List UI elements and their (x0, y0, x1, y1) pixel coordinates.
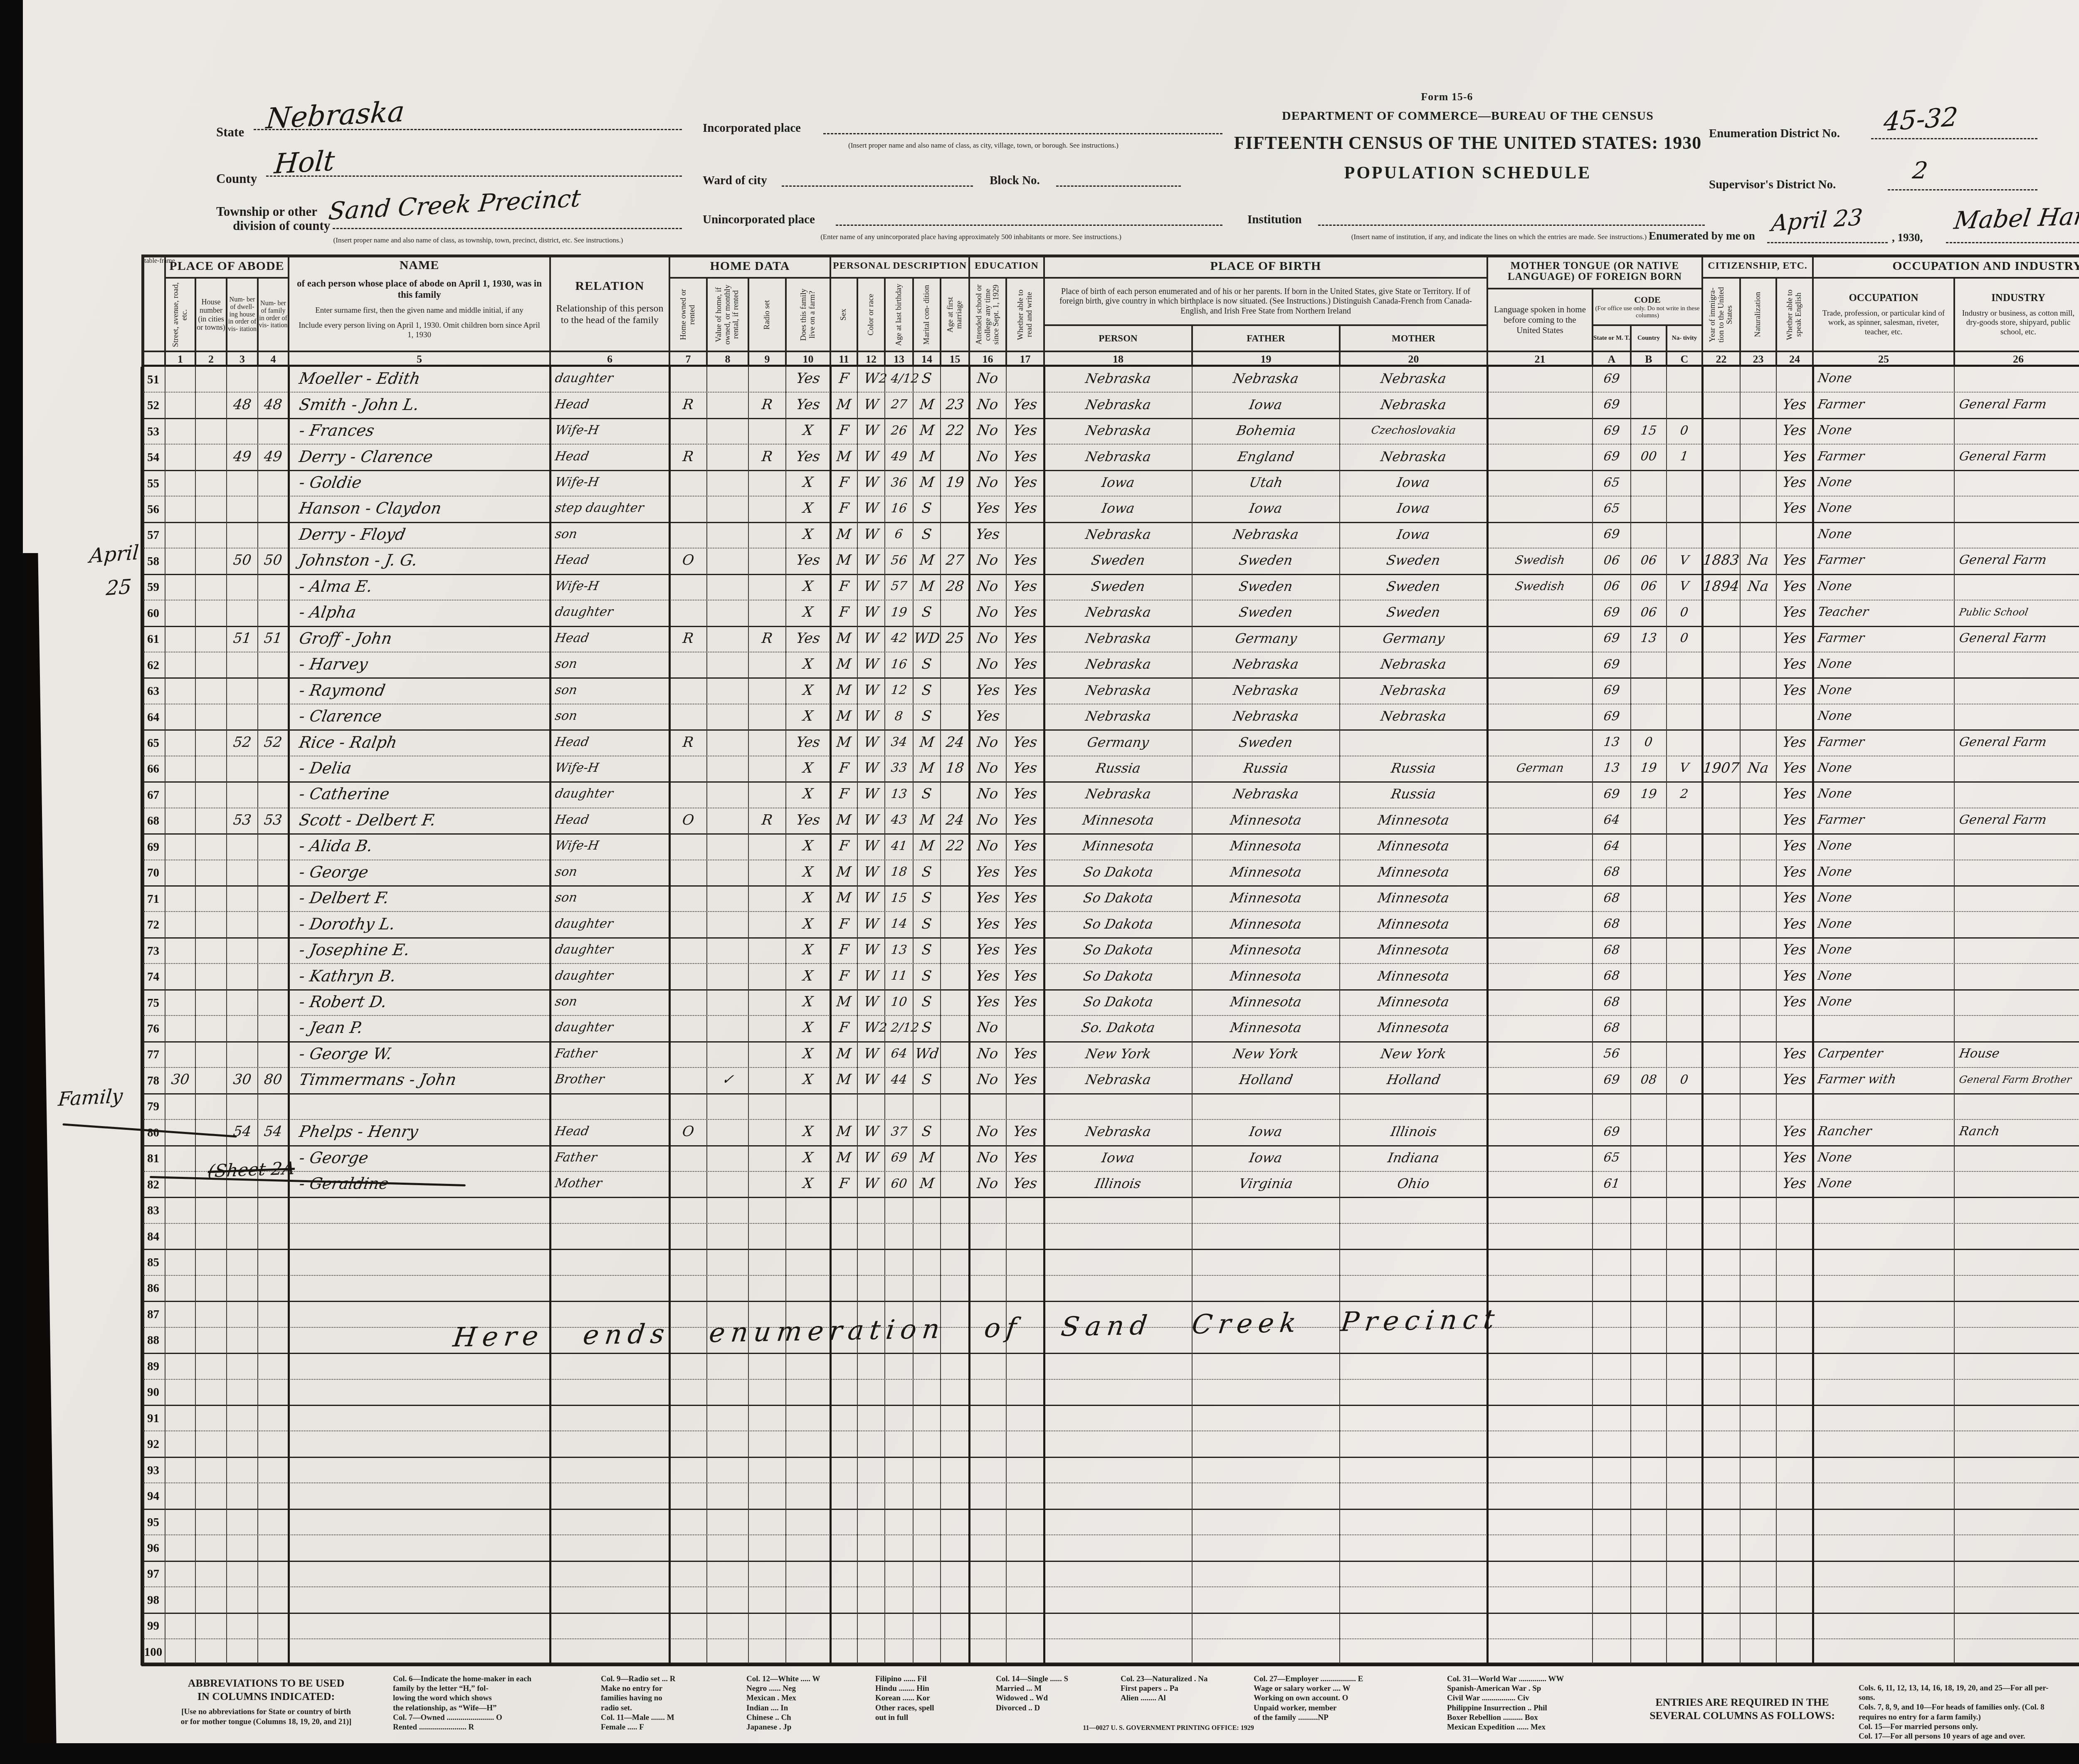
column-header-label: Whether able to speak English (1786, 282, 1803, 347)
cell-value: Germany (1234, 632, 1298, 645)
column-header-c10: Does this family live on a farm? (786, 278, 830, 351)
cell-value: Minnesota (1229, 891, 1302, 904)
cell-value: Smith - John L. (298, 397, 420, 413)
cell-value: None (1817, 996, 1853, 1008)
table-cell-cA: 69 (1593, 780, 1631, 808)
table-cell-c10: Yes (786, 624, 830, 652)
cell-value: M (836, 682, 852, 699)
line-number-left: 72 (141, 912, 165, 938)
table-cell-c11: M (830, 728, 857, 756)
cell-value: S (921, 1019, 933, 1036)
table-cell-c20: Holland (1340, 1065, 1487, 1094)
cell-value: S (921, 916, 933, 932)
line-number-left: 96 (141, 1535, 165, 1561)
table-cell-cA: 69 (1593, 364, 1631, 393)
cell-value: W (863, 1019, 879, 1036)
cell-value: Iowa (1248, 398, 1283, 411)
cell-value: 44 (890, 1072, 908, 1087)
table-cell-c11: F (830, 416, 857, 445)
line-number-left: 60 (141, 600, 165, 626)
cell-value: 33 (890, 761, 908, 775)
table-cell-c11: F (830, 832, 857, 860)
table-cell-c19: Minnesota (1192, 988, 1340, 1016)
table-cell-c16: Yes (969, 936, 1006, 964)
table-cell-cB: 19 (1631, 780, 1667, 808)
row-line (143, 1586, 2079, 1587)
cell-value: None (1817, 918, 1853, 930)
cell-value: Yes (975, 889, 1001, 906)
table-cell-c19: Iowa (1192, 390, 1340, 418)
table-cell-cA: 64 (1593, 832, 1631, 860)
table-cell-cC: 0 (1667, 624, 1702, 652)
table-cell-c16: No (969, 1169, 1006, 1198)
table-cell-c14: S (913, 676, 941, 704)
column-header-label: Sex (840, 282, 848, 347)
table-cell-c20: Germany (1340, 624, 1487, 652)
cell-value: S (921, 968, 933, 984)
table-cell-cA: 69 (1593, 624, 1631, 652)
table-cell-cA: 65 (1593, 494, 1631, 522)
table-cell-c11: M (830, 520, 857, 548)
cell-value: W (863, 993, 879, 1010)
cell-value: X (802, 422, 814, 439)
column-number: 19 (1261, 353, 1272, 366)
line-number-left: 85 (141, 1250, 165, 1275)
line-number-left: 76 (141, 1016, 165, 1042)
table-cell-c16: No (969, 546, 1006, 574)
column-header-c3: Num- ber of dwell- ing house in order of… (227, 278, 258, 351)
table-cell-c10: X (786, 1065, 830, 1094)
line-number-left: 63 (141, 678, 165, 704)
cell-value: No (976, 760, 999, 776)
table-cell-cB: 06 (1631, 598, 1667, 626)
cell-value: son (554, 710, 578, 722)
table-cell-c25: None (1813, 676, 1954, 704)
column-header-c6: RELATIONRelationship of this person to t… (550, 254, 669, 351)
table-cell-c18: Nebraska (1044, 624, 1192, 652)
grid-line-vertical (913, 367, 914, 1665)
table-cell-c10: X (786, 520, 830, 548)
table-cell-c20: Minnesota (1340, 909, 1487, 938)
cell-value: 69 (1603, 371, 1620, 386)
cell-value: Derry - Floyd (298, 526, 407, 542)
table-cell-c17: Yes (1006, 1040, 1044, 1068)
enumerated-date-line (1767, 242, 1888, 243)
cell-value: 57 (890, 579, 908, 593)
cell-value: Farmer (1817, 632, 1865, 645)
table-cell-c4: 53 (258, 806, 289, 834)
cell-value: 69 (1603, 657, 1620, 672)
cell-value: Yes (1012, 941, 1038, 958)
cell-value: M (919, 552, 935, 568)
table-cell-c13: 37 (885, 1117, 913, 1146)
cell-value: 06 (1603, 579, 1620, 593)
table-cell-c19: England (1192, 442, 1340, 470)
footer-block: ABBREVIATIONS TO BE USED IN COLUMNS INDI… (146, 1677, 387, 1727)
line-number-left: 87 (141, 1302, 165, 1327)
table-cell-cA: 69 (1593, 702, 1631, 730)
table-cell-cB: 0 (1631, 728, 1667, 756)
cell-value: F (838, 1175, 850, 1192)
cell-value: Russia (1095, 761, 1142, 775)
cell-value: 16 (890, 657, 908, 672)
township-label-1: Township or other (216, 204, 317, 219)
cell-value: WD (913, 630, 941, 647)
column-number: 3 (240, 353, 245, 366)
line-number-left: 52 (141, 393, 165, 418)
schedule-title: POPULATION SCHEDULE (1272, 163, 1663, 183)
table-cell-c12: W (857, 858, 885, 886)
cell-value: X (802, 500, 814, 516)
table-cell-c12: W (857, 520, 885, 548)
cell-value: Iowa (1248, 1125, 1283, 1138)
table-cell-c12: W (857, 1065, 885, 1094)
table-cell-c24: Yes (1776, 494, 1813, 522)
cell-value: M (836, 993, 852, 1010)
cell-value: Minnesota (1377, 891, 1450, 904)
cell-value: 18 (945, 760, 965, 776)
cell-value: 54 (263, 1123, 283, 1140)
cell-value: 22 (945, 422, 965, 439)
cell-value: No (976, 1019, 999, 1036)
cell-value: German (1515, 762, 1565, 774)
cell-value: W (863, 578, 879, 595)
incorporated-hint: (Insert proper name and also name of cla… (744, 141, 1222, 150)
cell-value: Russia (1390, 787, 1437, 800)
table-cell-c6: daughter (550, 364, 669, 393)
cell-value: Swedish (1514, 554, 1566, 566)
cell-value: X (802, 474, 814, 491)
table-cell-c15: 24 (941, 728, 969, 756)
table-cell-c5: - Raymond (289, 676, 550, 704)
cell-value: 13 (1603, 761, 1620, 775)
cell-value: V (1679, 579, 1690, 593)
cell-value: 13 (1603, 735, 1620, 749)
cell-value: Yes (1782, 838, 1807, 854)
column-header-label: Whether able to read and write (1017, 282, 1034, 347)
grid-line-vertical (549, 367, 551, 1665)
table-cell-c25: None (1813, 936, 1954, 964)
table-cell-c13: 34 (885, 728, 913, 756)
table-cell-c18: Nebraska (1044, 1065, 1192, 1094)
line-number-left: 89 (141, 1354, 165, 1379)
cell-value: Nebraska (1084, 632, 1152, 645)
cell-value: So Dakota (1082, 865, 1154, 879)
table-cell-c7: O (669, 806, 707, 834)
table-cell-c13: 69 (885, 1144, 913, 1172)
table-cell-c17: Yes (1006, 780, 1044, 808)
table-cell-c11: F (830, 961, 857, 990)
cell-value: No (976, 786, 999, 802)
table-cell-c20: Russia (1340, 780, 1487, 808)
cell-value: 26 (890, 423, 908, 438)
enum-district-value: 45-32 (1883, 101, 1959, 137)
table-cell-c13: 11 (885, 961, 913, 990)
cell-value: Yes (795, 448, 821, 465)
table-cell-c6: Wife-H (550, 572, 669, 600)
table-cell-c20: Minnesota (1340, 961, 1487, 990)
cell-value: Yes (1782, 1175, 1807, 1192)
table-cell-c5: - George (289, 858, 550, 886)
table-cell-cB: 15 (1631, 416, 1667, 445)
table-cell-c26: Public School (1954, 598, 2079, 626)
cell-value: Nebraska (1084, 709, 1152, 723)
cell-value: S (921, 370, 933, 387)
cell-value: W (863, 864, 879, 880)
table-cell-c7: O (669, 1117, 707, 1146)
table-cell-c20: Minnesota (1340, 988, 1487, 1016)
table-cell-c16: No (969, 572, 1006, 600)
cell-value: 80 (263, 1071, 283, 1088)
table-cell-c17: Yes (1006, 1169, 1044, 1198)
cell-value: Minnesota (1081, 813, 1155, 827)
county-label: County (216, 171, 257, 186)
table-cell-c10: X (786, 572, 830, 600)
cell-value: 69 (1603, 683, 1620, 697)
table-cell-c11: F (830, 1169, 857, 1198)
line-number-left: 64 (141, 704, 165, 730)
column-number: 8 (725, 353, 731, 366)
cell-value: 1907 (1702, 760, 1740, 776)
cell-value: F (838, 474, 850, 491)
cell-value: Yes (975, 708, 1001, 724)
column-number: 24 (1789, 353, 1800, 366)
table-cell-c16: Yes (969, 520, 1006, 548)
table-cell-c19: Minnesota (1192, 961, 1340, 990)
footer-block: Cols. 6, 11, 12, 13, 14, 16, 18, 19, 20,… (1859, 1683, 2071, 1741)
table-cell-c17: Yes (1006, 624, 1044, 652)
table-cell-c11: M (830, 806, 857, 834)
table-cell-c5: - Harvey (289, 650, 550, 678)
cell-value: Farmer (1817, 450, 1865, 463)
cell-value: 69 (1603, 787, 1620, 801)
column-number: 6 (607, 353, 612, 366)
table-cell-c25: None (1813, 884, 1954, 912)
line-number-left: 68 (141, 808, 165, 834)
grid-line-vertical (669, 367, 671, 1665)
block-label: Block No. (990, 174, 1040, 188)
table-cell-c7: R (669, 390, 707, 418)
table-cell-c12: W (857, 702, 885, 730)
table-cell-c16: No (969, 1117, 1006, 1146)
line-number-left: 88 (141, 1328, 165, 1354)
table-cell-c18: Minnesota (1044, 806, 1192, 834)
enumerator-name-line (1946, 242, 2079, 243)
cell-value: 13 (890, 787, 908, 801)
cell-value: 43 (890, 813, 908, 827)
cell-value: Sweden (1386, 580, 1442, 593)
column-header-c25: OCCUPATIONTrade, profession, or particul… (1813, 278, 1954, 351)
table-cell-cA: 13 (1593, 754, 1631, 782)
table-cell-c16: No (969, 1065, 1006, 1094)
cell-value: 2 (1679, 787, 1689, 801)
cell-value: 53 (263, 812, 283, 828)
cell-value: Public School (1958, 607, 2029, 617)
cell-value: - Alida B. (298, 838, 374, 854)
cell-value: Yes (1782, 396, 1807, 413)
cell-value: R (761, 630, 774, 647)
cell-value: Nebraska (1232, 709, 1299, 723)
column-number: B (1645, 353, 1652, 366)
grid-line-vertical (940, 367, 941, 1665)
cell-value: Yes (975, 916, 1001, 932)
cell-value: No (976, 1045, 999, 1062)
line-number-left: 65 (141, 730, 165, 756)
table-cell-c20: Russia (1340, 754, 1487, 782)
cell-value: Iowa (1396, 502, 1431, 515)
cell-value: Hanson - Claydon (298, 500, 443, 516)
table-cell-c11: F (830, 598, 857, 626)
cell-value: 68 (1603, 865, 1620, 879)
table-cell-c6: Mother (550, 1169, 669, 1198)
cell-value: S (921, 500, 933, 516)
column-header-desc: Trade, profession, or particular kind of… (1817, 309, 1950, 337)
table-cell-c16: Yes (969, 858, 1006, 886)
code-header: CODE(For office use only. Do not write i… (1593, 289, 1702, 325)
cell-value: Head (554, 814, 590, 826)
table-cell-c11: M (830, 624, 857, 652)
cell-value: Minnesota (1229, 1021, 1302, 1034)
cell-value: W (863, 1045, 879, 1062)
cell-value: 0 (1679, 605, 1689, 620)
column-number: 20 (1408, 353, 1419, 366)
cell-value: Yes (1012, 889, 1038, 906)
table-cell-c13: 18 (885, 858, 913, 886)
cell-value: W (863, 968, 879, 984)
column-header-cA: State or M. T. (1593, 325, 1631, 351)
table-cell-c10: X (786, 858, 830, 886)
table-cell-c11: F (830, 468, 857, 497)
table-cell-c18: Nebraska (1044, 780, 1192, 808)
table-cell-c6: Head (550, 442, 669, 470)
table-cell-c10: X (786, 468, 830, 497)
column-header-cB: Country (1631, 325, 1667, 351)
cell-value: W (863, 812, 879, 828)
table-cell-c24: Yes (1776, 650, 1813, 678)
cell-value: Yes (1782, 864, 1807, 880)
cell-value: 19 (1640, 787, 1657, 801)
cell-value: Yes (1782, 889, 1807, 906)
table-cell-c5: - Jean P. (289, 1013, 550, 1042)
table-cell-c6: son (550, 884, 669, 912)
cell-value: 65 (1603, 1150, 1620, 1165)
cell-value: Yes (1782, 604, 1807, 620)
table-cell-c17: Yes (1006, 884, 1044, 912)
table-cell-cA: 68 (1593, 858, 1631, 886)
cell-value: Yes (1012, 1149, 1038, 1166)
table-cell-c9: R (748, 806, 786, 834)
cell-value: No (976, 656, 999, 672)
cell-value: M (919, 396, 935, 413)
column-header-label: House number (in cities or towns) (196, 298, 226, 331)
column-header-label: Marital con- dition (923, 282, 931, 347)
table-cell-c12: W (857, 936, 885, 964)
cell-value: Phelps - Henry (298, 1124, 420, 1139)
row-line (143, 1561, 2079, 1562)
table-cell-c10: Yes (786, 546, 830, 574)
cell-value: S (921, 864, 933, 880)
cell-value: No (976, 734, 999, 751)
group-header-home: HOME DATA (669, 254, 830, 278)
table-cell-c8: ✓ (707, 1065, 748, 1094)
table-cell-c18: So Dakota (1044, 884, 1192, 912)
cell-value: So Dakota (1082, 943, 1154, 956)
grid-line-vertical (748, 367, 749, 1665)
table-cell-c9: R (748, 624, 786, 652)
table-cell-c25: Teacher (1813, 598, 1954, 626)
line-number-left: 70 (141, 860, 165, 886)
table-cell-c14: S (913, 520, 941, 548)
grid-line-vertical (968, 367, 970, 1665)
table-cell-c11: M (830, 546, 857, 574)
cell-value: 56 (890, 553, 908, 568)
table-cell-c13: 42 (885, 624, 913, 652)
cell-value: Yes (1012, 682, 1038, 699)
cell-value: M (836, 812, 852, 828)
table-cell-c5: - Alida B. (289, 832, 550, 860)
column-header-c11: Sex (830, 278, 857, 351)
line-number-left: 57 (141, 523, 165, 548)
census-title: FIFTEENTH CENSUS OF THE UNITED STATES: 1… (1189, 132, 1746, 153)
cell-value: Yes (1782, 1123, 1807, 1140)
table-cell-cA: 69 (1593, 676, 1631, 704)
table-cell-c19: New York (1192, 1040, 1340, 1068)
table-cell-c24: Yes (1776, 442, 1813, 470)
table-cell-c20: Minnesota (1340, 858, 1487, 886)
group-header-occ: OCCUPATION AND INDUSTRY (1813, 254, 2079, 278)
table-cell-c17: Yes (1006, 754, 1044, 782)
table-cell-c11: M (830, 1065, 857, 1094)
cell-value: Yes (1012, 552, 1038, 568)
cell-value: Timmermans - John (298, 1072, 458, 1087)
cell-value: X (802, 526, 814, 543)
grid-line-vertical (165, 367, 165, 1665)
table-cell-c14: S (913, 909, 941, 938)
column-number: 10 (803, 353, 814, 366)
row-line (143, 1301, 2079, 1302)
table-cell-c5: - Kathryn B. (289, 961, 550, 990)
cell-value: New York (1380, 1047, 1447, 1060)
sup-district-line (1888, 189, 2037, 190)
line-number-left: 53 (141, 419, 165, 445)
cell-value: 1894 (1702, 578, 1740, 595)
table-cell-c3: 49 (227, 442, 258, 470)
table-cell-c20: Nebraska (1340, 702, 1487, 730)
cell-value: Yes (1012, 474, 1038, 491)
cell-value: 69 (1603, 423, 1620, 438)
column-header-label: Country (1637, 335, 1660, 342)
table-cell-c10: X (786, 416, 830, 445)
cell-value: - Delia (298, 760, 353, 776)
table-cell-c5: Phelps - Henry (289, 1117, 550, 1146)
cell-value: House (1958, 1048, 2000, 1060)
cell-value: 06 (1603, 553, 1620, 568)
cell-value: Yes (1012, 630, 1038, 647)
table-cell-cA: 61 (1593, 1169, 1631, 1198)
table-cell-c15: 18 (941, 754, 969, 782)
table-cell-c12: W (857, 546, 885, 574)
cell-value: - Harvey (298, 656, 369, 672)
cell-value: No (976, 1175, 999, 1192)
table-cell-c18: Nebraska (1044, 1117, 1192, 1146)
grid-line-vertical (1812, 367, 1814, 1665)
cell-value: Yes (795, 552, 821, 568)
table-cell-c6: Head (550, 728, 669, 756)
cell-value: Yes (1012, 1071, 1038, 1088)
table-cell-c20: Iowa (1340, 494, 1487, 522)
table-cell-c21: Swedish (1487, 572, 1593, 600)
cell-value: Sweden (1238, 736, 1294, 749)
